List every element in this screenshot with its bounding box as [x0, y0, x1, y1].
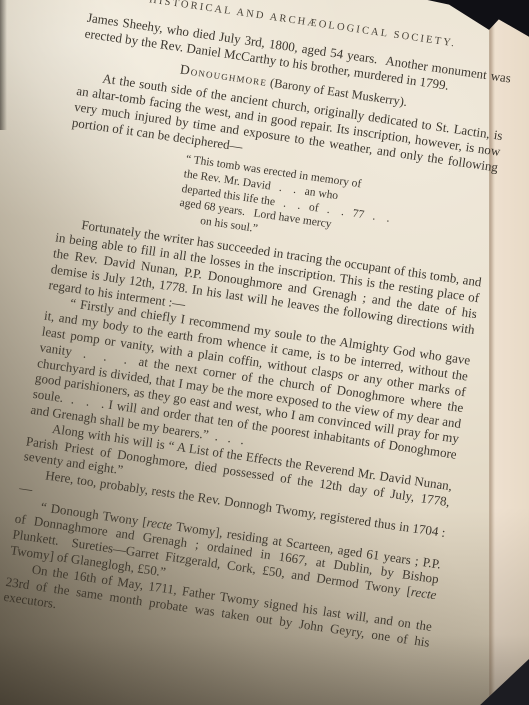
page-text-block: HISTORICAL AND ARCHÆOLOGICAL SOCIETY. Ja… [3, 0, 516, 666]
backdrop-edge-top-left [0, 0, 7, 130]
recte-italic: recte [410, 584, 437, 602]
book-photo: HISTORICAL AND ARCHÆOLOGICAL SOCIETY. Ja… [0, 0, 529, 705]
